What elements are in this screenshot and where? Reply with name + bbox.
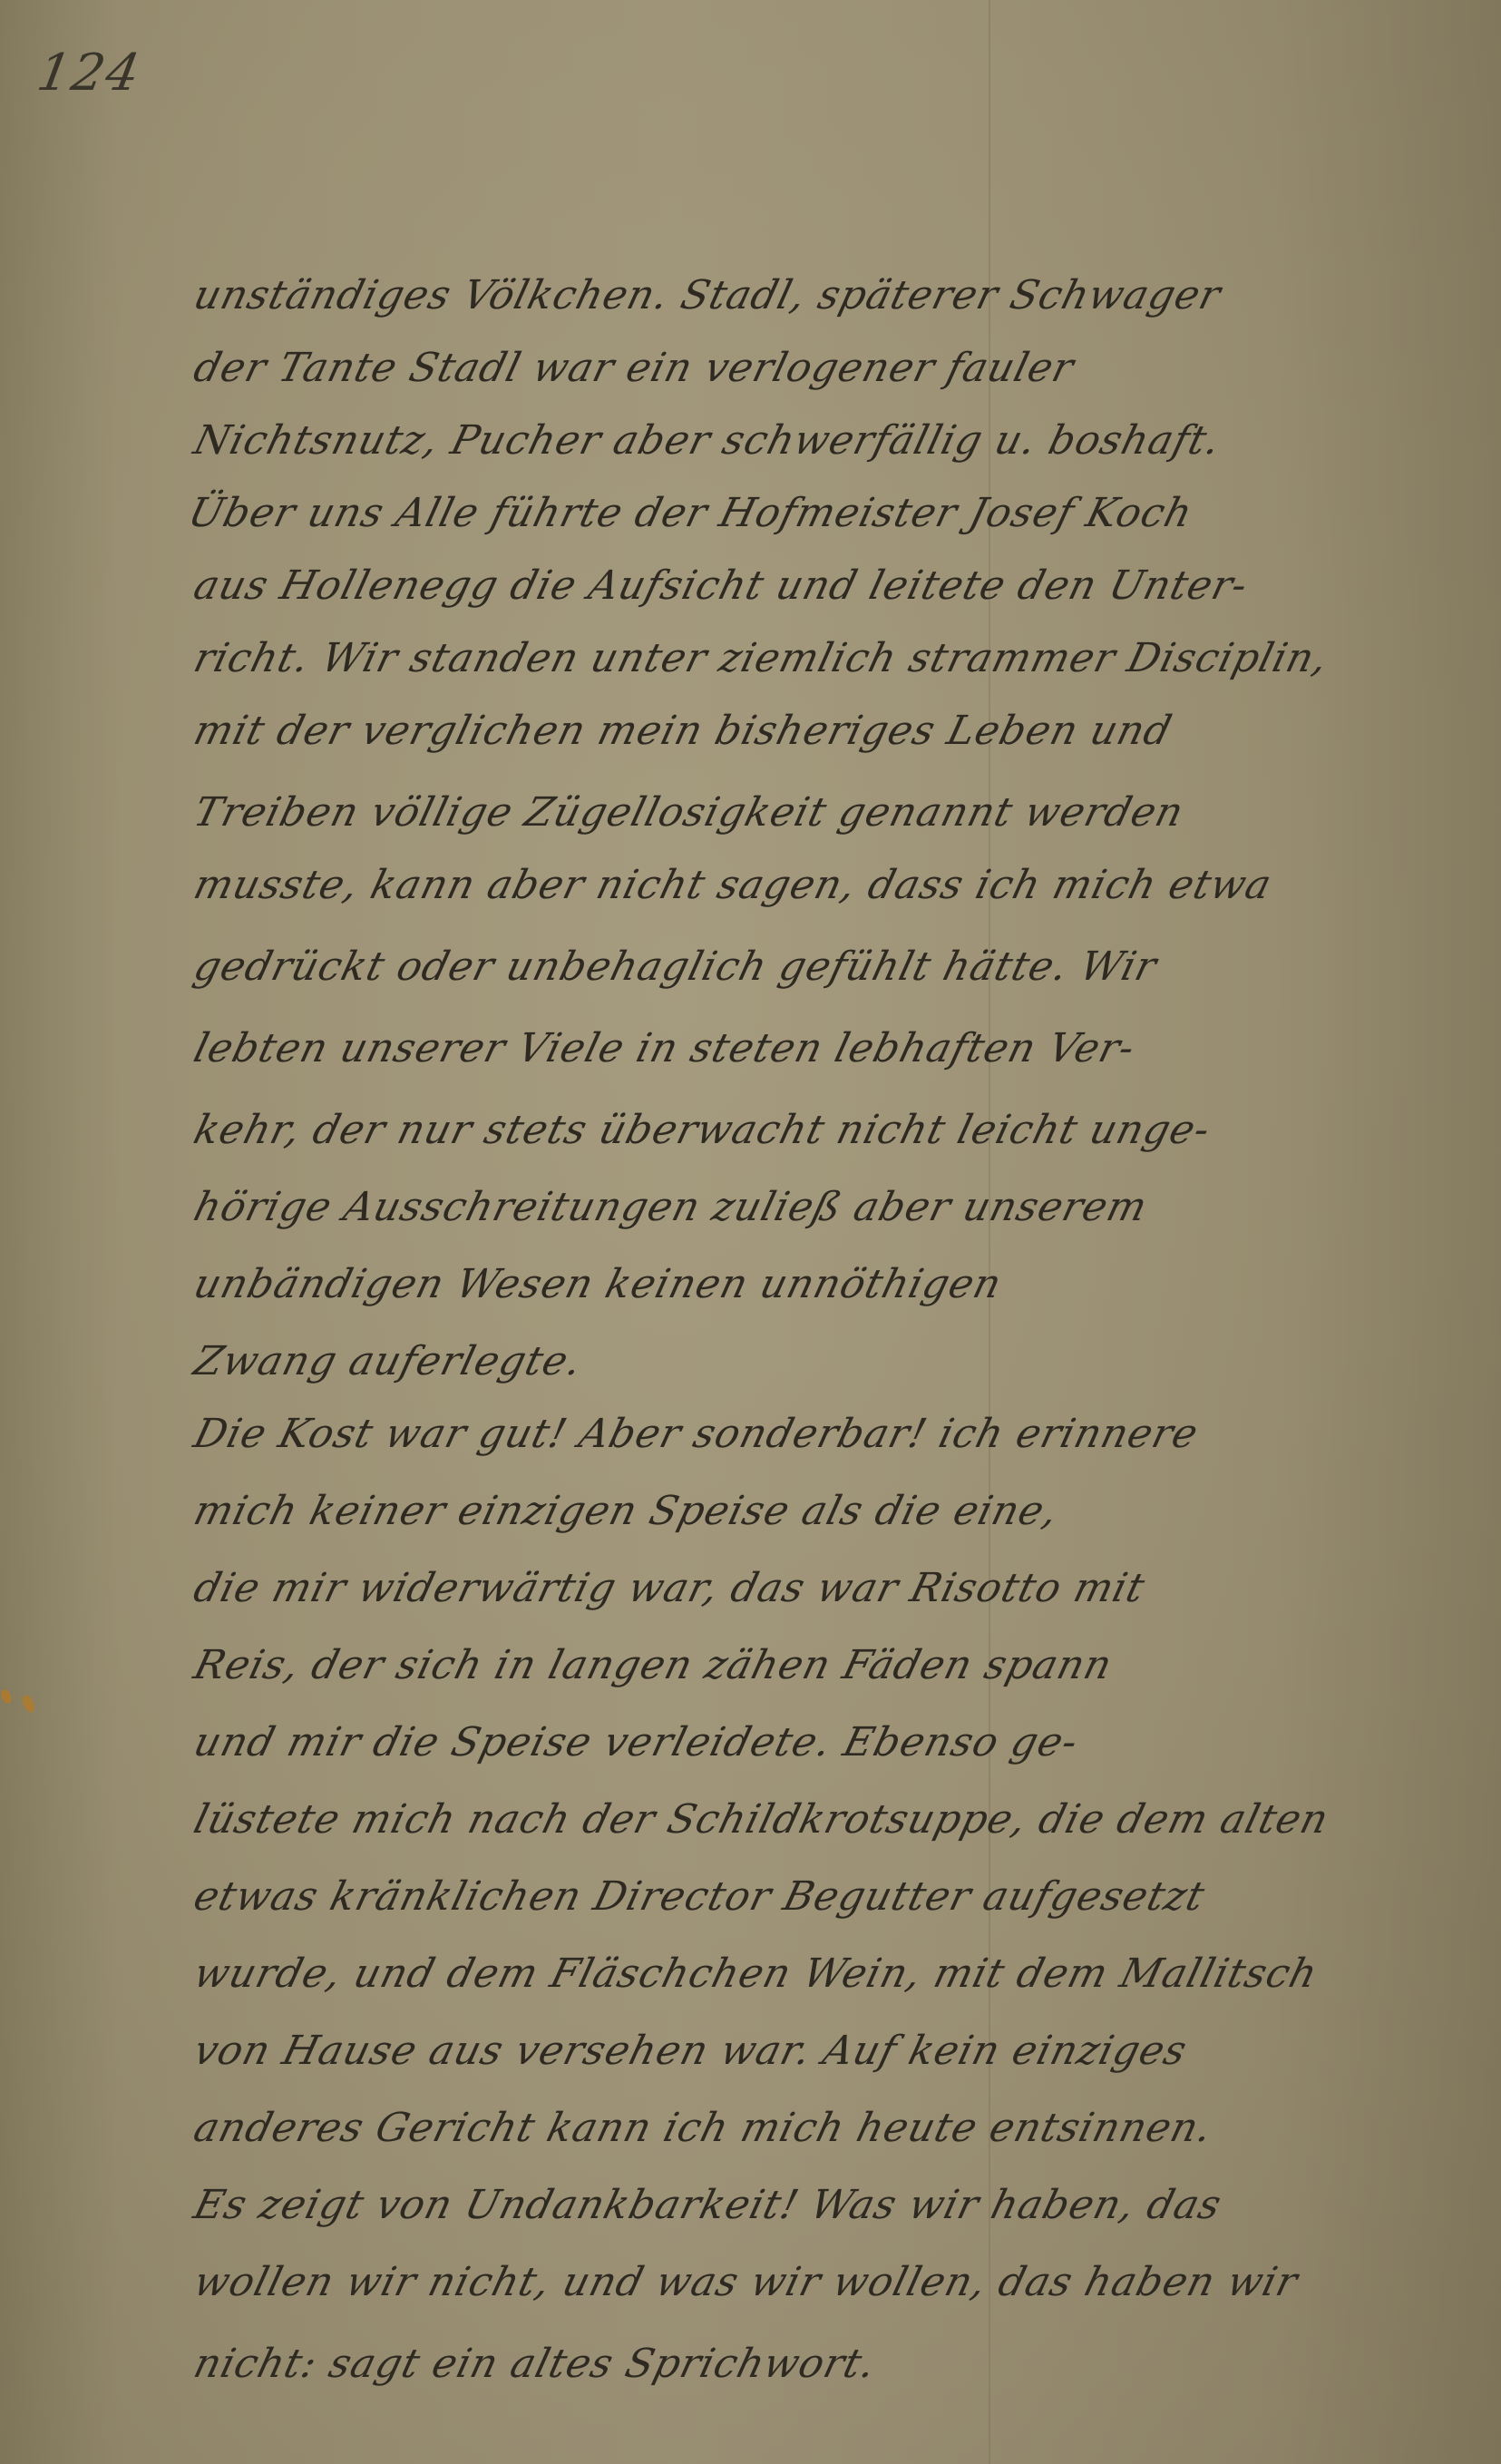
manuscript-line: richt. Wir standen unter ziemlich stramm… xyxy=(190,635,1333,681)
ink-stain-mark xyxy=(20,1694,36,1715)
manuscript-line: etwas kränklichen Director Begutter aufg… xyxy=(190,1873,1210,1920)
manuscript-line: wurde, und dem Fläschchen Wein, mit dem … xyxy=(190,1951,1323,1997)
manuscript-line: wollen wir nicht, und was wir wollen, da… xyxy=(190,2259,1303,2305)
manuscript-line: anderes Gericht kann ich mich heute ents… xyxy=(190,2105,1218,2151)
manuscript-line: der Tante Stadl war ein verlogener faule… xyxy=(190,345,1079,391)
manuscript-line: kehr, der nur stets überwacht nicht leic… xyxy=(190,1107,1215,1153)
manuscript-line: die mir widerwärtig war, das war Risotto… xyxy=(190,1565,1150,1611)
manuscript-line: gedrückt oder unbehaglich gefühlt hätte.… xyxy=(190,944,1162,990)
manuscript-line: musste, kann aber nicht sagen, dass ich … xyxy=(190,862,1277,908)
manuscript-line: lüstete mich nach der Schildkrotsuppe, d… xyxy=(190,1796,1334,1843)
manuscript-line: Über uns Alle führte der Hofmeister Jose… xyxy=(184,490,1198,536)
manuscript-line: lebten unserer Viele in steten lebhaften… xyxy=(190,1025,1140,1071)
manuscript-line: unständiges Völkchen. Stadl, späterer Sc… xyxy=(190,272,1226,318)
ink-stain-mark xyxy=(0,1688,14,1706)
manuscript-line: Zwang auferlegte. xyxy=(190,1338,588,1384)
manuscript-page: 124 unständiges Völkchen. Stadl, spätere… xyxy=(0,0,1501,2464)
page-number: 124 xyxy=(33,44,145,103)
manuscript-line: unbändigen Wesen keinen unnöthigen xyxy=(190,1261,1007,1307)
manuscript-line: mich keiner einzigen Speise als die eine… xyxy=(190,1488,1064,1534)
manuscript-line: nicht: sagt ein altes Sprichwort. xyxy=(190,2341,882,2387)
manuscript-line: von Hause aus versehen war. Auf kein ein… xyxy=(190,2028,1192,2074)
manuscript-line: und mir die Speise verleidete. Ebenso ge… xyxy=(190,1719,1083,1765)
manuscript-line: Treiben völlige Zügellosigkeit genannt w… xyxy=(190,789,1189,836)
manuscript-line: mit der verglichen mein bisheriges Leben… xyxy=(190,708,1177,754)
manuscript-line: hörige Ausschreitungen zuließ aber unser… xyxy=(190,1184,1153,1230)
manuscript-line: aus Hollenegg die Aufsicht und leitete d… xyxy=(190,562,1253,609)
manuscript-line: Die Kost war gut! Aber sonderbar! ich er… xyxy=(190,1411,1204,1457)
manuscript-line: Reis, der sich in langen zähen Fäden spa… xyxy=(190,1642,1117,1688)
manuscript-line: Es zeigt von Undankbarkeit! Was wir habe… xyxy=(190,2182,1227,2228)
manuscript-line: Nichtsnutz, Pucher aber schwerfällig u. … xyxy=(190,417,1226,464)
